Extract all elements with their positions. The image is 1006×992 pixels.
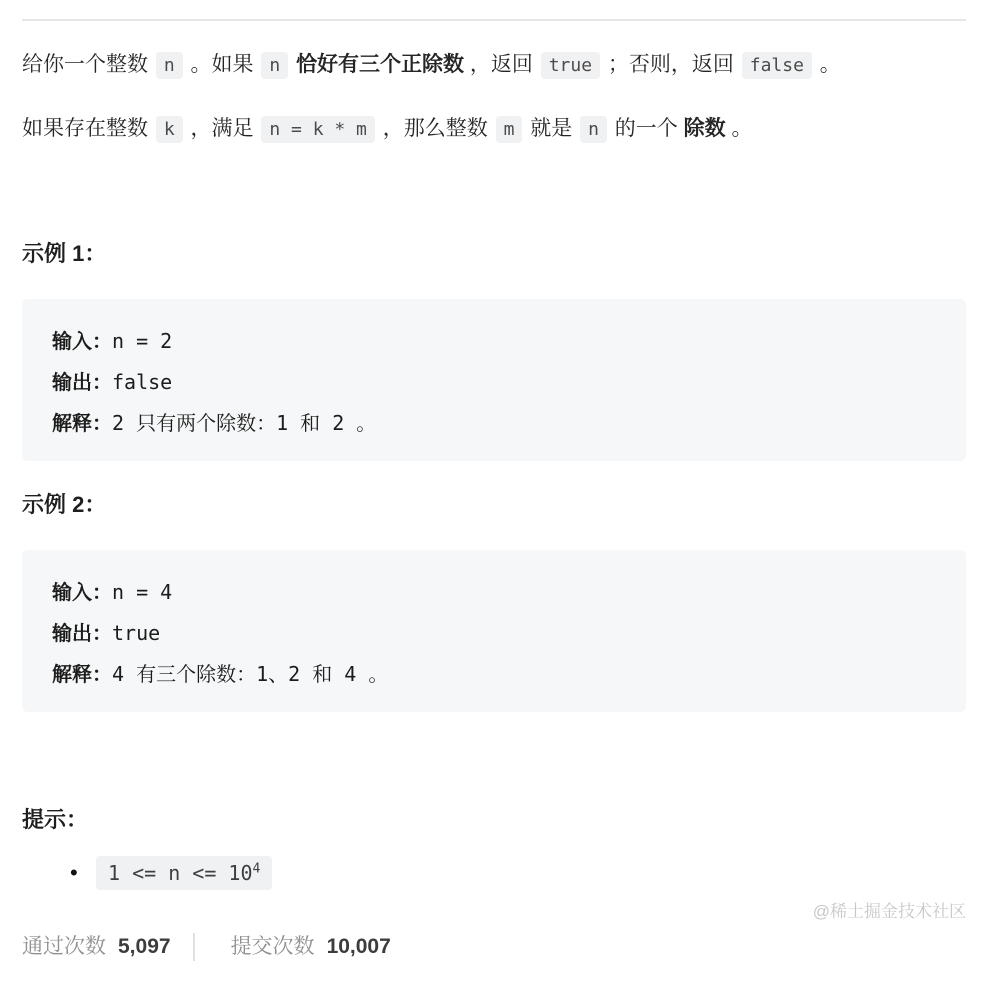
- example-2-code-block: 输入：n = 4输出：true解释：4 有三个除数：1、2 和 4 。: [22, 550, 966, 712]
- divisor-definition-paragraph: 如果存在整数 k ，满足 n = k * m ，那么整数 m 就是 n 的一个 …: [22, 109, 966, 150]
- top-divider: [22, 19, 966, 21]
- constraints-list: • 1 <= n <= 104: [22, 850, 966, 897]
- constraints-heading: 提示：: [22, 806, 966, 834]
- constraint-item: • 1 <= n <= 104: [94, 850, 966, 897]
- submission-stats-row: 通过次数 5,097 提交次数 10,007: [22, 932, 966, 962]
- problem-statement-paragraph: 给你一个整数 n 。如果 n 恰好有三个正除数 ，返回 true ；否则，返回 …: [22, 45, 966, 86]
- problem-description-page: 给你一个整数 n 。如果 n 恰好有三个正除数 ，返回 true ；否则，返回 …: [0, 19, 1006, 962]
- stats-separator: [193, 933, 195, 961]
- community-watermark: @稀土掘金技术社区: [22, 901, 966, 923]
- example-1-heading: 示例 1：: [22, 240, 966, 268]
- example-1-code-block: 输入：n = 2输出：false解释：2 只有两个除数：1 和 2 。: [22, 299, 966, 461]
- accepted-count-value: 5,097: [118, 932, 171, 962]
- submitted-count-value: 10,007: [327, 932, 391, 962]
- example-2-heading: 示例 2：: [22, 491, 966, 519]
- bullet-icon: •: [70, 850, 78, 896]
- accepted-count-label: 通过次数: [22, 932, 106, 962]
- constraint-range-code: 1 <= n <= 104: [94, 863, 274, 885]
- submitted-count-label: 提交次数: [231, 932, 315, 962]
